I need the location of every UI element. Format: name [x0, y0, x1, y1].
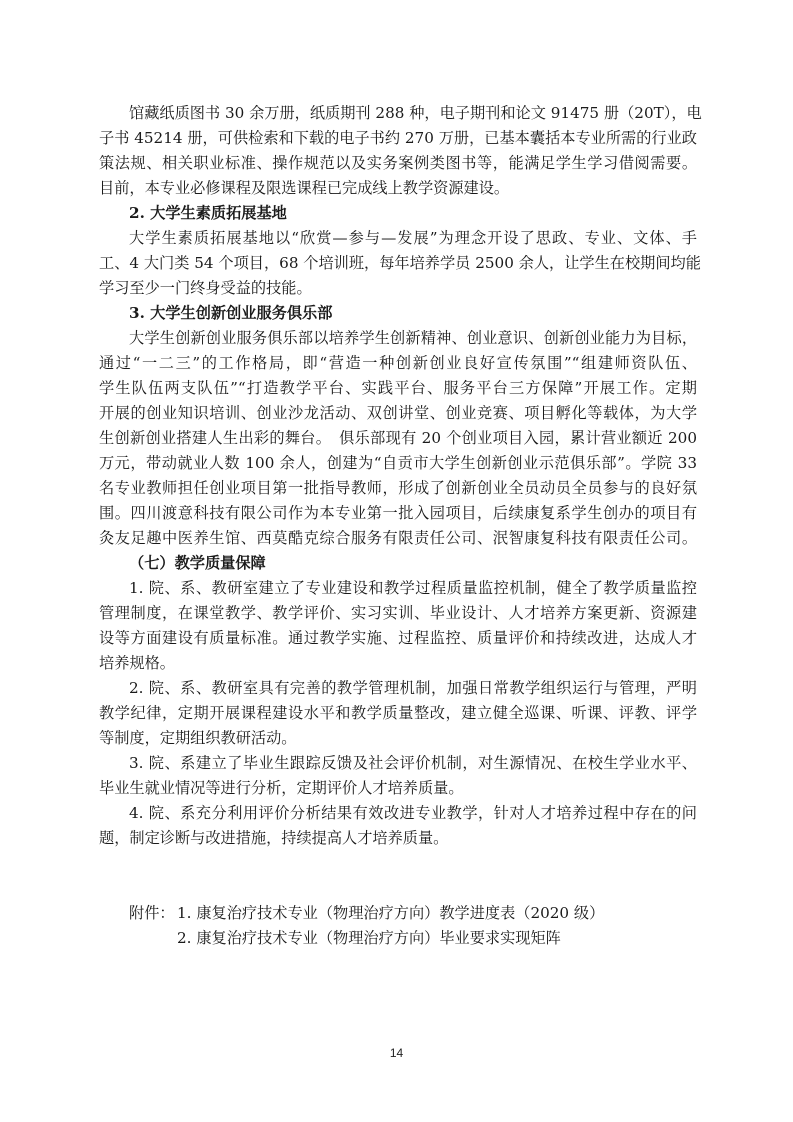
- blank-line: [99, 851, 697, 876]
- paragraph-line: 大学生素质拓展基地以“欣赏—参与—发展”为理念开设了思政、专业、文体、手: [99, 226, 697, 251]
- paragraph-line: 教学纪律，定期开展课程建设水平和教学质量整改，建立健全巡课、听课、评教、评学: [99, 701, 697, 726]
- paragraph-line: 子书 45214 册，可供检索和下载的电子书约 270 万册，已基本囊括本专业所…: [99, 126, 697, 151]
- page-number: 14: [0, 1045, 793, 1061]
- paragraph-line: 学生队伍两支队伍”“打造教学平台、实践平台、服务平台三方保障”开展工作。定期: [99, 376, 697, 401]
- section-heading-entrepreneurship-club: 3. 大学生创新创业服务俱乐部: [99, 301, 697, 326]
- attachment-indent: [99, 926, 177, 951]
- paragraph-line: 设等方面建设有质量标准。通过教学实施、过程监控、质量评价和持续改进，达成人才: [99, 626, 697, 651]
- paragraph-line: 工、4 大门类 54 个项目，68 个培训班，每年培养学员 2500 余人，让学…: [99, 251, 697, 276]
- paragraph-line: 目前，本专业必修课程及限选课程已完成线上教学资源建设。: [99, 176, 697, 201]
- paragraph-line: 万元，带动就业人数 100 余人，创建为“自贡市大学生创新创业示范俱乐部”。学院…: [99, 451, 697, 476]
- section-heading-quality-base: 2. 大学生素质拓展基地: [99, 201, 697, 226]
- paragraph-line: 馆藏纸质图书 30 余万册，纸质期刊 288 种，电子期刊和论文 91475 册…: [99, 101, 697, 126]
- document-page: 馆藏纸质图书 30 余万册，纸质期刊 288 种，电子期刊和论文 91475 册…: [0, 0, 793, 1122]
- paragraph-line: 3. 院、系建立了毕业生跟踪反馈及社会评价机制，对生源情况、在校生学业水平、: [99, 751, 697, 776]
- paragraph-line: 1. 院、系、教研室建立了专业建设和教学过程质量监控机制，健全了教学质量监控: [99, 576, 697, 601]
- paragraph-line: 管理制度，在课堂教学、教学评价、实习实训、毕业设计、人才培养方案更新、资源建: [99, 601, 697, 626]
- paragraph-line: 大学生创新创业服务俱乐部以培养学生创新精神、创业意识、创新创业能力为目标，: [99, 326, 697, 351]
- paragraph-line: 生创新创业搭建人生出彩的舞台。 俱乐部现有 20 个创业项目入园，累计营业额近 …: [99, 426, 697, 451]
- attachment-item: 2. 康复治疗技术专业（物理治疗方向）毕业要求实现矩阵: [177, 926, 561, 951]
- paragraph-line: 学习至少一门终身受益的技能。: [99, 276, 697, 301]
- paragraph-line: 2. 院、系、教研室具有完善的教学管理机制，加强日常教学组织运行与管理，严明: [99, 676, 697, 701]
- paragraph-line: 灸友足趣中医养生馆、西莫酷克综合服务有限责任公司、泯智康复科技有限责任公司。: [99, 526, 697, 551]
- document-body: 馆藏纸质图书 30 余万册，纸质期刊 288 种，电子期刊和论文 91475 册…: [99, 101, 697, 951]
- blank-line: [99, 876, 697, 901]
- paragraph-line: 开展的创业知识培训、创业沙龙活动、双创讲堂、创业竞赛、项目孵化等载体，为大学: [99, 401, 697, 426]
- attachment-row-2: 2. 康复治疗技术专业（物理治疗方向）毕业要求实现矩阵: [99, 926, 697, 951]
- paragraph-line: 策法规、相关职业标准、操作规范以及实务案例类图书等，能满足学生学习借阅需要。: [99, 151, 697, 176]
- attachments-label: 附件：: [129, 901, 177, 926]
- attachment-item: 1. 康复治疗技术专业（物理治疗方向）教学进度表（2020 级）: [177, 901, 604, 926]
- paragraph-line: 等制度，定期组织教研活动。: [99, 726, 697, 751]
- paragraph-line: 通过“一二三”的工作格局，即“营造一种创新创业良好宣传氛围”“组建师资队伍、: [99, 351, 697, 376]
- section-heading-teaching-quality: （七）教学质量保障: [99, 551, 697, 576]
- paragraph-line: 毕业生就业情况等进行分析，定期评价人才培养质量。: [99, 776, 697, 801]
- paragraph-line: 题，制定诊断与改进措施，持续提高人才培养质量。: [99, 826, 697, 851]
- paragraph-line: 围。四川渡意科技有限公司作为本专业第一批入园项目，后续康复系学生创办的项目有: [99, 501, 697, 526]
- attachment-row-1: 附件： 1. 康复治疗技术专业（物理治疗方向）教学进度表（2020 级）: [99, 901, 697, 926]
- paragraph-line: 培养规格。: [99, 651, 697, 676]
- paragraph-line: 名专业教师担任创业项目第一批指导教师，形成了创新创业全员动员全员参与的良好氛: [99, 476, 697, 501]
- paragraph-line: 4. 院、系充分利用评价分析结果有效改进专业教学，针对人才培养过程中存在的问: [99, 801, 697, 826]
